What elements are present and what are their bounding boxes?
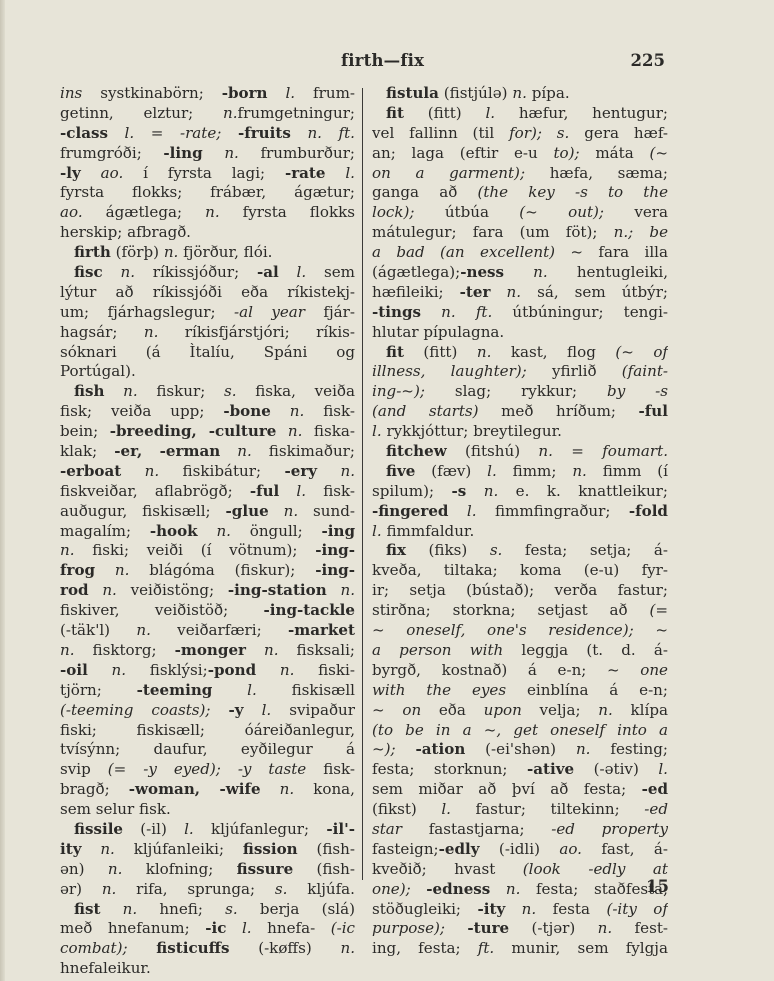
definition-text: fyrsta flokks; frábær, ágætur; [60,183,355,201]
headword: ity [60,840,81,858]
headword: -fingered [372,502,448,520]
definition-text: (-ətiv) [574,760,658,778]
definition-text: (ágætlega); [372,263,460,281]
text-line: sem miðar að því að festa; -ed [372,780,668,800]
headword: -ling [163,144,202,162]
text-line: klak; -er, -erman n. fiskimaður; [60,442,355,462]
definition-text [448,502,466,520]
definition-text: fiski- [294,661,355,679]
definition-text [100,900,122,918]
text-line: one); -edness n. festa; staðfesta, [372,880,668,900]
text-line: fiskiver, veiðistöð; -ing-tackle [60,601,355,621]
definition-text: fisklýsi; [126,661,208,679]
definition-text: festa; storknun; [372,760,527,778]
page-edge [0,0,5,981]
definition-text: kveða, tiltaka; koma (e-u) fyr- [372,561,668,579]
text-line: fist n. hnefi; s. berja (slá) [60,900,355,920]
headword: fisc [74,263,103,281]
definition-text: í fyrsta lagi; [123,164,285,182]
italic-text: ~ on [372,701,421,719]
italic-text: n.; be [614,223,668,241]
definition-text: fastur; tiltekinn; [451,800,644,818]
italic-text: (= [649,601,668,619]
italic-text: -ed property [551,820,668,838]
definition-text [279,263,297,281]
italic-text: n. [205,203,220,221]
italic-text: n. [507,283,522,301]
headword: -ation [416,740,466,758]
text-line: sóknari (á Ìtalíu, Spáni og [60,343,355,363]
italic-text: (= -y eyed); -y taste [108,760,307,778]
definition-text: herskip; afbragð. [60,223,191,241]
definition-text [221,124,238,142]
italic-text: foumart. [602,442,668,460]
text-line: -class l. = -rate; -fruits n. ft. [60,124,355,144]
text-line: ~); -ation (-ei'shən) n. festing; [372,740,668,760]
definition-text: (-täk'l) [60,621,136,639]
headword: -oil [60,661,88,679]
italic-text: combat); [60,939,128,957]
italic-text: n. ft. [307,124,355,142]
italic-text: s. [225,900,238,918]
headword: -ity [477,900,505,918]
definition-text: yfirlið [527,362,622,380]
definition-text: fjár- [305,303,355,321]
definition-text: an; laga (eftir e-u [372,144,553,162]
definition-text: mátulegur; fara (um föt); [372,223,614,241]
definition-text: (fish- [298,840,355,858]
text-line: five (fæv) l. fimm; n. fimm (í [372,462,668,482]
italic-text: n. [112,661,127,679]
text-line: an; laga (eftir e-u to); máta (~ [372,144,668,164]
italic-text: (~ of [615,343,668,361]
text-line: fyrsta flokks; frábær, ágætur; [60,183,355,203]
italic-text: illness, laughter); [372,362,527,380]
text-line: (to be in a ~, get oneself into a [372,721,668,741]
text-line: lock); útbúa (~ out); vera [372,203,668,223]
definition-text: leggja (t. d. á- [503,641,668,659]
definition-text [128,939,157,957]
italic-text: n. [216,522,231,540]
definition-text [466,482,483,500]
headword: -s [452,482,467,500]
italic-text: n. [288,422,303,440]
text-line: fisc n. ríkissjóður; -al l. sem [60,263,355,283]
text-line: ing, festa; ft. munir, sem fylgja [372,939,668,959]
text-line: n. fisktorg; -monger n. fisksali; [60,641,355,661]
italic-text: with the eyes [372,681,506,699]
definition-text: með hríðum; [479,402,639,420]
text-line: ir; setja (bústað); verða fastur; [372,581,668,601]
definition-text: (fiks) [406,541,490,559]
definition-text: máta [580,144,650,162]
italic-text: (~ out); [519,203,604,221]
definition-text: frumburður; [239,144,355,162]
text-line: festa; storknun; -ative (-ətiv) l. [372,760,668,780]
italic-text: n. [280,661,295,679]
headword: -bone [223,402,270,420]
italic-text: -al year [234,303,305,321]
headword: fist [74,900,100,918]
page-header: firth—fix 225 [341,51,668,73]
definition-text [271,402,290,420]
definition-text: festa; setja; á- [502,541,668,559]
definition-text [103,263,121,281]
definition-text: ir; setja (bústað); verða fastur; [372,581,668,599]
definition-text: pípa. [527,84,570,102]
headword: -hook [150,522,198,540]
italic-text: l. [247,681,257,699]
text-line: -tings n. ft. útbúningur; tengi- [372,303,668,323]
italic-text: upon [484,701,522,719]
page-number: 225 [631,51,665,70]
headword: -al [257,263,279,281]
definition-text: festa [536,900,606,918]
text-line: með hnefanum; -ic l. hnefa- (-ic [60,919,355,939]
definition-text: fasteign; [372,840,439,858]
headword: fit [386,343,404,361]
definition-text: hnefa- [252,919,331,937]
definition-text: hæfileiki; [372,283,460,301]
definition-text: (fitshú) [447,442,539,460]
italic-text: ao. [101,164,124,182]
italic-text: n. [223,104,238,122]
headword: fission [243,840,298,858]
headword: -er, -erman [114,442,220,460]
definition-text: auðugur, fiskisæll; [60,502,226,520]
italic-text: for); s. [509,124,569,142]
definition-text: fiskur; [138,382,224,400]
definition-text [279,482,296,500]
headword: -woman, -wife [129,780,261,798]
italic-text: n. [100,840,115,858]
italic-text: n. [60,541,75,559]
definition-text [89,581,103,599]
italic-text: -rate; [180,124,221,142]
definition-text: byrgð, kostnað) á e-n; [372,661,607,679]
text-line: hnefaleikur. [60,959,355,979]
text-line: Portúgal). [60,362,355,382]
italic-text: n. [576,740,591,758]
text-line: ity n. kljúfanleiki; fission (fish- [60,840,355,860]
definition-text: fastastjarna; [402,820,551,838]
italic-text: l. [184,820,194,838]
italic-text: l. [441,800,451,818]
text-line: with the eyes einblína á e-n; [372,681,668,701]
text-line: ən) n. klofning; fissure (fish- [60,860,355,880]
definition-text [226,919,242,937]
text-line: star fastastjarna; -ed property [372,820,668,840]
italic-text: n. [506,880,521,898]
italic-text: n. [102,880,117,898]
definition-text: sóknari (á Ìtalíu, Spáni og [60,343,355,361]
italic-text: ao. [559,840,582,858]
headword: -ful [250,482,279,500]
definition-text: klak; [60,442,114,460]
definition-text: ríkisfjárstjóri; ríkis- [158,323,355,341]
text-line: l. rykkjóttur; breytilegur. [372,422,668,442]
italic-text: s. [275,880,288,898]
definition-text [327,581,341,599]
text-line: (-täk'l) n. veiðarfæri; -market [60,621,355,641]
headword: -born [222,84,268,102]
definition-text [504,263,533,281]
definition-text: fiskibátur; [159,462,284,480]
definition-text: fjörður, flói. [178,243,272,261]
definition-text: útbúa [415,203,520,221]
definition-text: (fikst) [372,800,441,818]
italic-text: n. [115,561,130,579]
text-line: herskip; afbragð. [60,223,355,243]
text-line: hlutar pípulagna. [372,323,668,343]
definition-text [490,880,506,898]
definition-text: með hnefanum; [60,919,205,937]
definition-text: slag; rykkur; [425,382,607,400]
headword: -ing-station [228,581,327,599]
text-line: tjörn; -teeming l. fiskisæll [60,681,355,701]
signature-mark: 15 [646,877,669,896]
definition-text: fiska- [302,422,355,440]
definition-text: fisksali; [279,641,355,659]
definition-text [95,561,115,579]
definition-text: vera [604,203,668,221]
definition-text: kveðið; hvast [372,860,523,878]
headword: -rate [285,164,326,182]
text-line: hæfileiki; -ter n. sá, sem útbýr; [372,283,668,303]
headword: five [386,462,415,480]
definition-text: tjörn; [60,681,137,699]
headword: fix [386,541,406,559]
headword: fish [74,382,104,400]
text-line: sem selur fisk. [60,800,355,820]
text-line: -oil n. fisklýsi;-pond n. fiski- [60,661,355,681]
text-line: ing-~); slag; rykkur; by -s [372,382,668,402]
definition-text: fyrsta flokks [220,203,355,221]
italic-text: ing-~); [372,382,425,400]
definition-text [104,382,123,400]
definition-text: sem [306,263,355,281]
italic-text: n. [164,243,179,261]
text-line: (fikst) l. fastur; tiltekinn; -ed [372,800,668,820]
headword: -ed [642,780,668,798]
headword: -teeming [137,681,213,699]
italic-text: -ed [644,800,668,818]
italic-text: (the key -s to the [477,183,668,201]
italic-text: on a garment); [372,164,525,182]
italic-text: l. [372,422,382,440]
headword: -class [60,124,108,142]
headword: -ic [205,919,226,937]
definition-text: ágætlega; [83,203,205,221]
italic-text: n. [264,641,279,659]
definition-text: (förþ) [111,243,164,261]
italic-text: n. [522,900,537,918]
italic-text: l. [658,760,668,778]
definition-text: rykkjóttur; breytilegur. [382,422,562,440]
text-line: ganga að (the key -s to the [372,183,668,203]
italic-text: (and starts) [372,402,479,420]
definition-text: (-ei'shən) [465,740,576,758]
definition-text: fara illa [583,243,668,261]
text-line: hagsár; n. ríkisfjárstjóri; ríkis- [60,323,355,343]
definition-text [421,303,441,321]
italic-text: (-ity of [606,900,668,918]
definition-text: hnefaleikur. [60,959,151,977]
definition-text: lýtur að ríkissjóði eða ríkistekj- [60,283,355,301]
definition-text: systkinabörn; [82,84,221,102]
italic-text: l. [297,263,307,281]
text-line: fit (fitt) n. kast, flog (~ of [372,343,668,363]
definition-text: fiskveiðar, aflabrögð; [60,482,250,500]
italic-text: ins [60,84,82,102]
text-line: -fingered l. fimmfingraður; -fold [372,502,668,522]
definition-text: fimmfingraður; [477,502,629,520]
definition-text: = [553,442,602,460]
definition-text: kljúfa. [287,880,355,898]
italic-text: n. [340,581,355,599]
italic-text: ao. [60,203,83,221]
definition-text [445,919,467,937]
definition-text: ing, festa; [372,939,478,957]
italic-text: (to be in a ~, get oneself into a [372,721,668,739]
italic-text: n. [512,84,527,102]
definition-text: tvísýnn; daufur, eyðilegur á [60,740,355,758]
definition-text: fiskiver, veiðistöð; [60,601,263,619]
italic-text: s. [224,382,237,400]
italic-text: lock); [372,203,415,221]
text-line: (-teeming coasts); -y l. svipaður [60,701,355,721]
italic-text: n. [237,442,252,460]
definition-text: frumgetningur; [238,104,355,122]
italic-text: (look -edly at [523,860,668,878]
definition-text: munir, sem fylgja [494,939,668,957]
text-line: lýtur að ríkissjóði eða ríkistekj- [60,283,355,303]
italic-text: a person with [372,641,503,659]
definition-text [256,661,280,679]
definition-text [81,840,100,858]
definition-text: bragð; [60,780,129,798]
definition-text [291,124,308,142]
italic-text: n. [123,900,138,918]
text-line: fisk; veiða upp; -bone n. fisk- [60,402,355,422]
definition-text: fimm; [497,462,573,480]
italic-text: n. ft. [441,303,492,321]
definition-text: ər) [60,880,102,898]
definition-text: fiska, veiða [237,382,355,400]
italic-text: n. [123,382,138,400]
definition-text: fest- [612,919,668,937]
left-column: ins systkinabörn; -born l. frum-getinn, … [60,84,355,979]
headword: fit [386,104,404,122]
italic-text: n. [60,641,75,659]
definition-text [121,462,144,480]
definition-text: frumgróði; [60,144,163,162]
headword: -ly [60,164,81,182]
text-line: ins systkinabörn; -born l. frum- [60,84,355,104]
definition-text: (fitt) [404,343,477,361]
headword: -ing- [315,541,355,559]
text-line: svip (= -y eyed); -y taste fisk- [60,760,355,780]
definition-text: getinn, elztur; [60,104,223,122]
text-line: stirðna; storkna; setjast að (= [372,601,668,621]
definition-text: fimm (í [587,462,668,480]
definition-text: ən) [60,860,108,878]
text-line: vel fallinn (til for); s. gera hæf- [372,124,668,144]
italic-text: n. [284,502,299,520]
italic-text: (-ic [331,919,355,937]
definition-text: svip [60,760,108,778]
text-line: combat); fisticuffs (-køffs) n. [60,939,355,959]
definition-text: fisktorg; [75,641,175,659]
definition-text: kljúfanlegur; [194,820,327,838]
definition-text [396,740,416,758]
headword: -erboat [60,462,121,480]
definition-text [108,124,125,142]
italic-text: (faint- [622,362,668,380]
italic-text: n. [102,581,117,599]
definition-text: hæfur, hentugur; [495,104,668,122]
headword: fisticuffs [156,939,229,957]
text-line: fix (fiks) s. festa; setja; á- [372,541,668,561]
text-line: -erboat n. fiskibátur; -ery n. [60,462,355,482]
italic-text: star [372,820,402,838]
definition-text: svipaður [271,701,355,719]
headword: -edness [426,880,490,898]
headword: -y [229,701,244,719]
definition-text: gera hæf- [569,124,668,142]
headword: -ing- [315,561,355,579]
definition-text [326,164,346,182]
headword: -il'- [326,820,355,838]
definition-text: berja (slá) [238,900,355,918]
text-line: n. fiski; veiði (í vötnum); -ing- [60,541,355,561]
definition-text: einblína á e-n; [506,681,668,699]
italic-text: s. [490,541,503,559]
italic-text: n. [598,701,613,719]
italic-text: l. [125,124,135,142]
definition-text: útbúningur; tengi- [492,303,668,321]
text-line: (ágætlega);-ness n. hentugleiki, [372,263,668,283]
italic-text: l. [262,701,272,719]
definition-text: hlutar pípulagna. [372,323,504,341]
definition-text: kast, flog [491,343,615,361]
text-line: purpose); -ture (-tjər) n. fest- [372,919,668,939]
italic-text: (-teeming coasts); [60,701,211,719]
italic-text: (~ [649,144,668,162]
definition-text: sund- [298,502,355,520]
definition-text: klofning; [122,860,236,878]
definition-text: magalím; [60,522,150,540]
definition-text: rifa, sprunga; [116,880,275,898]
text-line: fasteign;-edly (-idli) ao. fast, á- [372,840,668,860]
text-line: spilum); -s n. e. k. knattleikur; [372,482,668,502]
definition-text: fisk- [306,760,355,778]
italic-text: n. [136,621,151,639]
italic-text: n. [572,462,587,480]
definition-text: e. k. knattleikur; [498,482,668,500]
text-line: fistula (fistjúlə) n. pípa. [372,84,668,104]
definition-text: kona, [294,780,355,798]
text-line: frumgróði; -ling n. frumburður; [60,144,355,164]
headword: -breeding, -culture [110,422,277,440]
italic-text: n. [484,482,499,500]
text-line: fiskveiðar, aflabrögð; -ful l. fisk- [60,482,355,502]
definition-text: öngull; [231,522,322,540]
definition-text: fiski; veiði (í vötnum); [75,541,316,559]
definition-text: (fistjúlə) [439,84,512,102]
text-line: rod n. veiðistöng; -ing-station n. [60,581,355,601]
text-line: getinn, elztur; n.frumgetningur; [60,104,355,124]
